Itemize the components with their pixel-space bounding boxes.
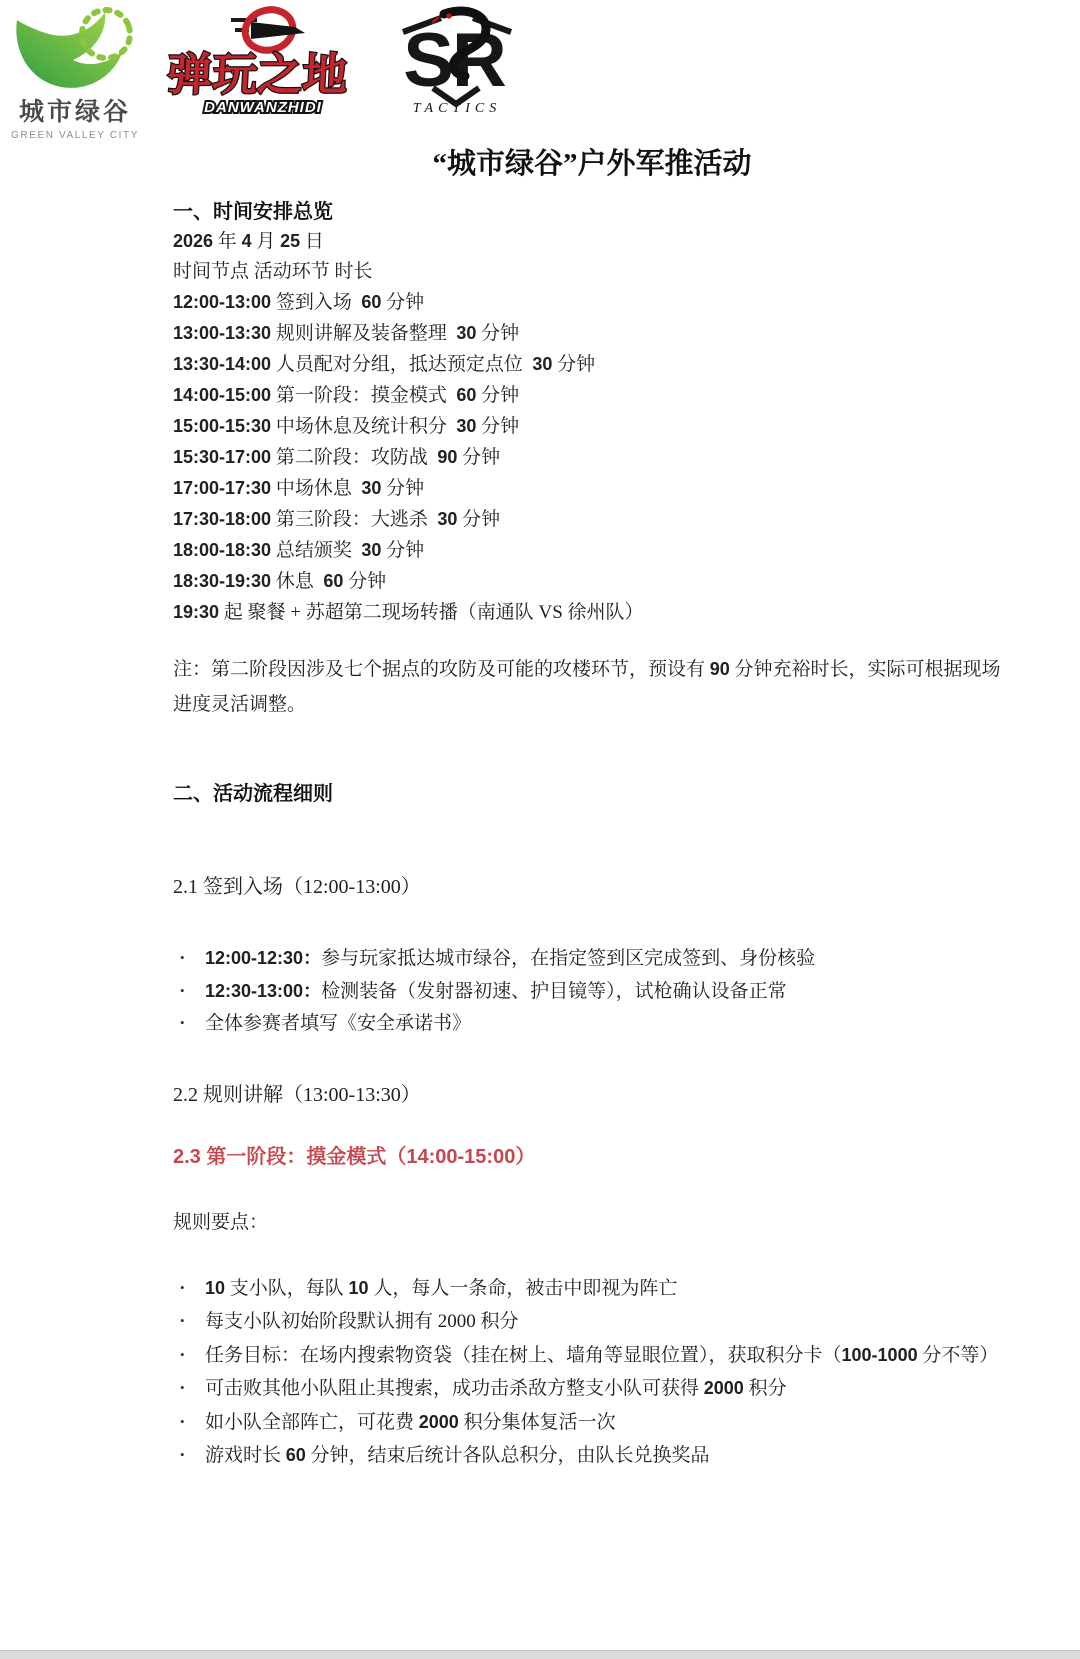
- section1-heading: 一、时间安排总览: [173, 198, 1011, 226]
- text-run: 检测装备（发射器初速、护目镜等），试枪确认设备正常: [321, 981, 787, 1002]
- text-run: 签到入场: [271, 292, 361, 313]
- subsection-2-2-heading: 2.2 规则讲解（13:00-13:30）: [173, 1080, 1011, 1110]
- schedule-row: 15:30-17:00 第二阶段：攻防战 90 分钟: [173, 442, 1011, 473]
- text-run: 人员配对分组，抵达预定点位: [271, 354, 532, 375]
- schedule-row: 13:30-14:00 人员配对分组，抵达预定点位 30 分钟: [173, 349, 1011, 380]
- text-run: 17:00-17:30: [173, 478, 271, 498]
- text-run: 全体参赛者填写《安全承诺书》: [205, 1013, 471, 1034]
- signin-bullet-list: •12:00-12:30：参与玩家抵达城市绿谷，在指定签到区完成签到、身份核验•…: [173, 942, 1011, 1040]
- text-run: 12:00-13:00: [173, 292, 271, 312]
- bullet-item: •全体参赛者填写《安全承诺书》: [173, 1007, 1011, 1040]
- sr-tactics-logo-graphic: SR TACTICS: [389, 4, 525, 116]
- text-run: 12:30-13:00：: [205, 981, 321, 1001]
- text-run: 游戏时长: [205, 1445, 286, 1466]
- sr-tactics-subtitle: TACTICS: [413, 101, 501, 116]
- schedule-row: 18:00-18:30 总结颁奖 30 分钟: [173, 535, 1011, 566]
- danwanzhidi-logo: 弹玩之地 DANWANZHIDI: [152, 4, 372, 118]
- text-run: 13:30-14:00: [173, 354, 271, 374]
- text-run: 规则讲解及装备整理: [271, 323, 456, 344]
- text-run: 2026: [173, 231, 213, 251]
- subsection-2-1-heading: 2.1 签到入场（12:00-13:00）: [173, 872, 1011, 902]
- text-run: 第一阶段：摸金模式: [271, 385, 456, 406]
- bullet-icon: •: [173, 1305, 205, 1338]
- text-run: 日: [300, 231, 324, 252]
- text-run: 30: [437, 509, 457, 529]
- logo-header: 城市绿谷 GREEN VALLEY CITY 弹玩之地 DANWANZHIDI …: [8, 4, 526, 141]
- bullet-item: •可击败其他小队阻止其搜索，成功击杀敌方整支小队可获得 2000 积分: [173, 1372, 1011, 1406]
- text-run: 30: [361, 478, 381, 498]
- text-run: 2000: [419, 1412, 459, 1432]
- text-run: 支小队，每队: [225, 1278, 349, 1299]
- text-run: 中场休息: [271, 478, 361, 499]
- schedule-row: 17:00-17:30 中场休息 30 分钟: [173, 473, 1011, 504]
- text-run: 分钟: [552, 354, 595, 375]
- danwanzhidi-logo-graphic: 弹玩之地 DANWANZHIDI: [153, 4, 371, 118]
- schedule-row: 13:00-13:30 规则讲解及装备整理 30 分钟: [173, 318, 1011, 349]
- text-run: 每支小队初始阶段默认拥有 2000 积分: [205, 1311, 519, 1332]
- schedule-row: 12:00-13:00 签到入场 60 分钟: [173, 287, 1011, 318]
- green-valley-name-cn: 城市绿谷: [19, 92, 131, 128]
- text-run: 分钟，结束后统计各队总积分，由队长兑换奖品: [306, 1445, 710, 1466]
- text-run: 月: [252, 231, 281, 252]
- text-run: 任务目标：在场内搜索物资袋（挂在树上、墙角等显眼位置），获取积分卡（: [205, 1345, 842, 1366]
- bullet-icon: •: [173, 1007, 205, 1039]
- text-run: 分钟: [457, 447, 500, 468]
- text-run: 60: [286, 1445, 306, 1465]
- danwanzhidi-name-en: DANWANZHIDI: [204, 99, 322, 116]
- bullet-item: •如小队全部阵亡，可花费 2000 积分集体复活一次: [173, 1406, 1011, 1440]
- text-run: 18:00-18:30: [173, 540, 271, 560]
- text-run: 25: [280, 231, 300, 251]
- rules-intro: 规则要点：: [173, 1208, 1011, 1238]
- note-paragraph: 注：第二阶段因涉及七个据点的攻防及可能的攻楼环节，预设有 90 分钟充裕时长，实…: [173, 652, 1011, 722]
- bullet-icon: •: [173, 1339, 205, 1372]
- subsection-2-3-heading: 2.3 第一阶段：摸金模式（14:00-15:00）: [173, 1142, 1011, 1172]
- text-run: 分钟: [381, 478, 424, 499]
- text-run: 休息: [271, 571, 323, 592]
- text-run: 14:00-15:00: [173, 385, 271, 405]
- rules-bullet-list: •10 支小队，每队 10 人，每人一条命，被击中即视为阵亡•每支小队初始阶段默…: [173, 1272, 1011, 1473]
- green-valley-logo: 城市绿谷 GREEN VALLEY CITY: [8, 4, 142, 141]
- text-run: 30: [456, 416, 476, 436]
- text-run: 30: [456, 323, 476, 343]
- dart-ring-icon: [231, 5, 305, 55]
- text-run: 30: [361, 540, 381, 560]
- bullet-icon: •: [173, 975, 205, 1007]
- schedule-column-header: 时间节点 活动环节 时长: [173, 257, 1011, 287]
- text-run: 参与玩家抵达城市绿谷，在指定签到区完成签到、身份核验: [321, 948, 815, 969]
- text-run: 分钟: [381, 292, 424, 313]
- text-run: 分钟: [457, 509, 500, 530]
- bullet-item: •12:30-13:00：检测装备（发射器初速、护目镜等），试枪确认设备正常: [173, 975, 1011, 1008]
- text-run: 第三阶段：大逃杀: [271, 509, 437, 530]
- schedule-row: 19:30 起 聚餐 + 苏超第二现场转播（南通队 VS 徐州队）: [173, 597, 1011, 628]
- text-run: 中场休息及统计积分: [271, 416, 456, 437]
- text-run: 15:00-15:30: [173, 416, 271, 436]
- schedule-row: 15:00-15:30 中场休息及统计积分 30 分钟: [173, 411, 1011, 442]
- bullet-icon: •: [173, 1372, 205, 1405]
- section2-heading: 二、活动流程细则: [173, 780, 1011, 808]
- text-run: 100-1000: [842, 1345, 918, 1365]
- text-run: 18:30-19:30: [173, 571, 271, 591]
- bullet-item: •任务目标：在场内搜索物资袋（挂在树上、墙角等显眼位置），获取积分卡（100-1…: [173, 1339, 1011, 1373]
- text-run: 分钟: [343, 571, 386, 592]
- text-run: 人，每人一条命，被击中即视为阵亡: [369, 1278, 678, 1299]
- text-run: 15:30-17:00: [173, 447, 271, 467]
- text-run: 如小队全部阵亡，可花费: [205, 1412, 419, 1433]
- bullet-icon: •: [173, 1406, 205, 1439]
- bullet-icon: •: [173, 1272, 205, 1305]
- schedule-list: 12:00-13:00 签到入场 60 分钟13:00-13:30 规则讲解及装…: [173, 287, 1011, 628]
- text-run: 起 聚餐 + 苏超第二现场转播（南通队 VS 徐州队）: [219, 602, 644, 623]
- sr-tactics-logo: SR TACTICS: [388, 4, 526, 116]
- bullet-item: •每支小队初始阶段默认拥有 2000 积分: [173, 1305, 1011, 1339]
- text-run: 10: [349, 1278, 369, 1298]
- text-run: 第二阶段：攻防战: [271, 447, 437, 468]
- green-valley-swoosh-icon: [11, 4, 139, 94]
- text-run: 分钟: [476, 323, 519, 344]
- text-run: 分钟: [476, 416, 519, 437]
- document-page: 城市绿谷 GREEN VALLEY CITY 弹玩之地 DANWANZHIDI …: [0, 0, 1080, 1659]
- text-run: 60: [456, 385, 476, 405]
- text-run: 积分: [744, 1378, 787, 1399]
- bullet-item: •游戏时长 60 分钟，结束后统计各队总积分，由队长兑换奖品: [173, 1439, 1011, 1473]
- schedule-row: 18:30-19:30 休息 60 分钟: [173, 566, 1011, 597]
- document-body: “城市绿谷”户外军推活动 一、时间安排总览 2026 年 4 月 25 日 时间…: [173, 146, 1011, 1473]
- text-run: 可击败其他小队阻止其搜索，成功击杀敌方整支小队可获得: [205, 1378, 704, 1399]
- text-run: 90: [710, 659, 730, 679]
- text-run: 90: [437, 447, 457, 467]
- text-run: 13:00-13:30: [173, 323, 271, 343]
- schedule-row: 17:30-18:00 第三阶段：大逃杀 30 分钟: [173, 504, 1011, 535]
- text-run: 注：第二阶段因涉及七个据点的攻防及可能的攻楼环节，预设有: [173, 659, 710, 680]
- bullet-item: •12:00-12:30：参与玩家抵达城市绿谷，在指定签到区完成签到、身份核验: [173, 942, 1011, 975]
- text-run: 30: [532, 354, 552, 374]
- page-title: “城市绿谷”户外军推活动: [173, 146, 1011, 182]
- text-run: 总结颁奖: [271, 540, 361, 561]
- bullet-icon: •: [173, 1439, 205, 1472]
- event-date: 2026 年 4 月 25 日: [173, 226, 1011, 257]
- green-valley-name-en: GREEN VALLEY CITY: [11, 130, 139, 141]
- text-run: 10: [205, 1278, 225, 1298]
- bullet-item: •10 支小队，每队 10 人，每人一条命，被击中即视为阵亡: [173, 1272, 1011, 1306]
- text-run: 分钟: [381, 540, 424, 561]
- text-run: 分钟: [476, 385, 519, 406]
- text-run: 年: [213, 231, 242, 252]
- page-boundary: [0, 1650, 1080, 1659]
- schedule-row: 14:00-15:00 第一阶段：摸金模式 60 分钟: [173, 380, 1011, 411]
- text-run: 19:30: [173, 602, 219, 622]
- text-run: 分不等）: [918, 1345, 999, 1366]
- text-run: 2000: [704, 1378, 744, 1398]
- text-run: 积分集体复活一次: [459, 1412, 616, 1433]
- text-run: 60: [323, 571, 343, 591]
- text-run: 12:00-12:30：: [205, 948, 321, 968]
- text-run: 4: [242, 231, 252, 251]
- bullet-icon: •: [173, 942, 205, 974]
- text-run: 17:30-18:00: [173, 509, 271, 529]
- text-run: 60: [361, 292, 381, 312]
- danwanzhidi-name-cn: 弹玩之地: [166, 49, 349, 100]
